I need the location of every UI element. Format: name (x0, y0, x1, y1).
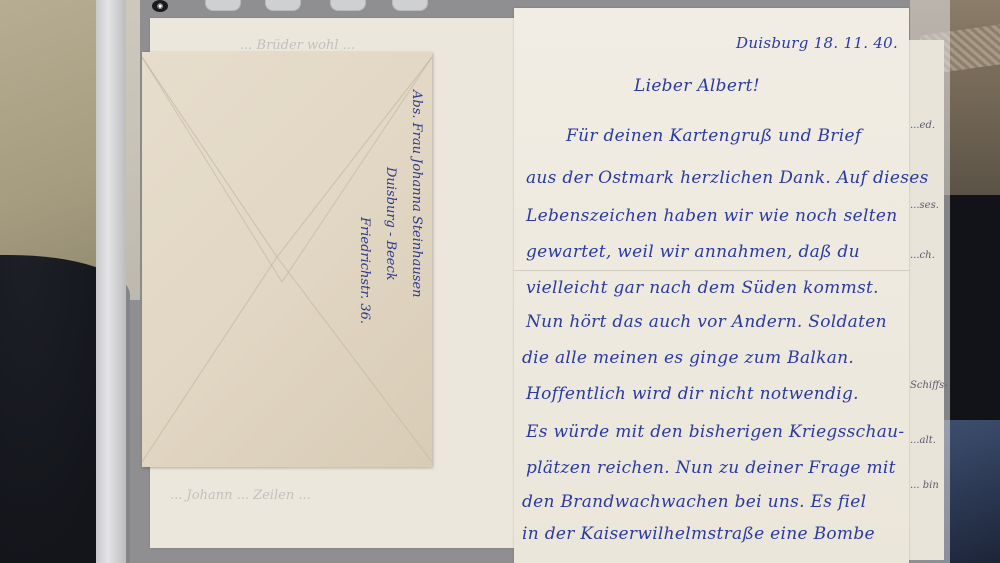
letter-line: Nun hört das auch vor Andern. Soldaten (526, 312, 887, 332)
punch-hole (330, 0, 366, 11)
letter-line: die alle meinen es ginge zum Balkan. (522, 348, 854, 368)
letter-line: in der Kaiserwilhelmstraße eine Bombe (522, 524, 875, 544)
letter-line: plätzen reichen. Nun zu deiner Frage mit (526, 458, 896, 478)
edge-text: ... bin (910, 480, 939, 491)
letter-line: gewartet, weil wir annahmen, daß du (526, 242, 860, 262)
punch-hole (265, 0, 301, 11)
second-letter-page-edge: ...ed. Schiffs- ...ch. ...alt. ...ses. .… (905, 40, 944, 560)
letter-line: Für deinen Kartengruß und Brief (566, 126, 861, 146)
letter-line: den Brandwachwachen bei uns. Es fiel (522, 492, 866, 512)
letter-line: Lebenszeichen haben wir wie noch selten (526, 206, 897, 226)
faint-text: ... Brüder wohl ... (240, 38, 355, 53)
letter-line: aus der Ostmark herzlichen Dank. Auf die… (526, 168, 929, 188)
edge-text: ...ch. (910, 250, 935, 261)
punch-hole (392, 0, 428, 11)
edge-text: Schiffs- (910, 380, 948, 391)
edge-text: ...ed. (910, 120, 935, 131)
sheet-protector-logo-icon: ◉ (152, 0, 168, 12)
edge-text: ...ses. (910, 200, 939, 211)
letter-date: Duisburg 18. 11. 40. (736, 34, 898, 52)
letter-salutation: Lieber Albert! (634, 76, 760, 96)
envelope-sender-line: Duisburg - Beeck (383, 167, 398, 281)
letter-line: Es würde mit den bisherigen Kriegsschau- (526, 422, 904, 442)
faint-text: ... Johann ... Zeilen ... (170, 488, 311, 503)
letter-fold-crease (514, 270, 909, 271)
envelope-sender-line: Friedrichstr. 36. (357, 217, 372, 324)
letter-line: Hoffentlich wird dir nicht notwendig. (526, 384, 859, 404)
sheet-protector-binding-strip (96, 0, 126, 563)
handwritten-letter: Duisburg 18. 11. 40. Lieber Albert! Für … (514, 8, 909, 563)
edge-text: ...alt. (910, 435, 936, 446)
envelope: Abs. Frau Johanna Steinhausen Duisburg -… (142, 52, 432, 467)
envelope-sender-line: Abs. Frau Johanna Steinhausen (409, 90, 424, 298)
punch-hole (205, 0, 241, 11)
letter-line: vielleicht gar nach dem Süden kommst. (526, 278, 879, 298)
